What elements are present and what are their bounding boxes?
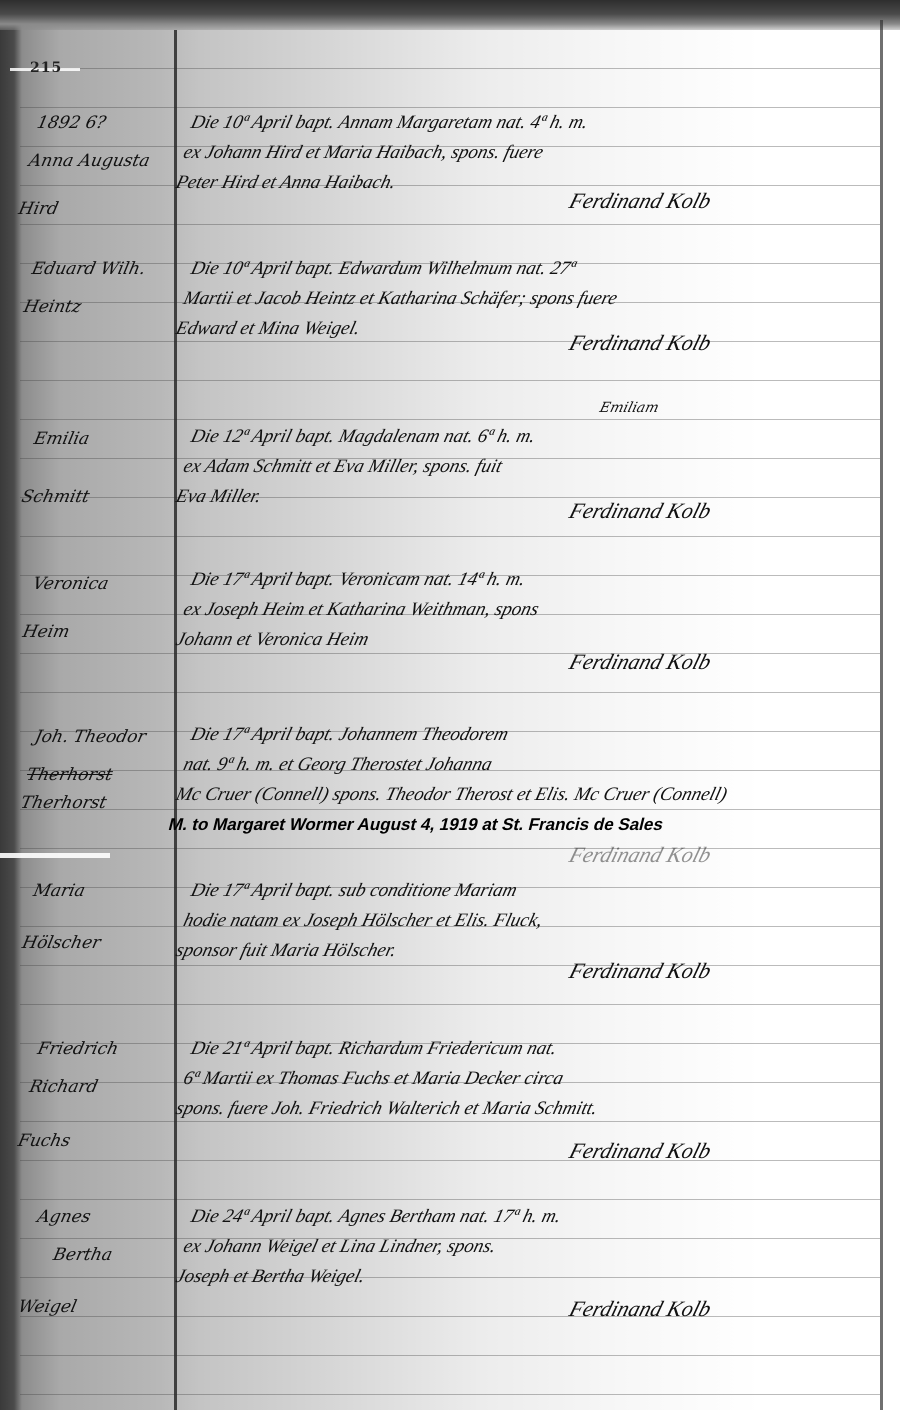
margin-middle-name: Bertha (25, 1236, 181, 1274)
entry-line: Die 17ª April bapt. Johannem Theodorem (188, 720, 865, 750)
entry-line: Edward et Mina Weigel. (173, 314, 850, 344)
entry-text: Die 17ª April bapt. Veronicam nat. 14ª h… (173, 565, 865, 655)
entry-line: Peter Hird et Anna Haibach. (173, 168, 850, 198)
insertion-annotation: Emiliam (598, 400, 661, 416)
margin-names: Friedrich Richard Fuchs (14, 1030, 190, 1160)
officiant-signature: Ferdinand Kolb (566, 1296, 714, 1322)
right-border-rule (880, 20, 883, 1410)
margin-given-name: Emilia (30, 420, 186, 458)
entry-line: Die 21ª April bapt. Richardum Friedericu… (188, 1034, 865, 1064)
entry-text: Die 10ª April bapt. Edwardum Wilhelmum n… (173, 254, 865, 344)
margin-surname: Schmitt (18, 478, 174, 516)
entry-text: Die 17ª April bapt. sub conditione Maria… (173, 876, 865, 966)
entry-line: Die 10ª April bapt. Edwardum Wilhelmum n… (188, 254, 865, 284)
entry-line: 6ª Martii ex Thomas Fuchs et Maria Decke… (180, 1064, 857, 1094)
margin-given-name: Eduard Wilh. (28, 250, 184, 288)
later-marriage-note: M. to Margaret Wormer August 4, 1919 at … (165, 810, 842, 840)
scan-artifact (0, 853, 110, 858)
officiant-signature: Ferdinand Kolb (566, 330, 714, 356)
entry-line: Die 17ª April bapt. sub conditione Maria… (188, 876, 865, 906)
margin-names: Agnes Bertha Weigel (14, 1198, 189, 1326)
margin-year-line: 1892 6? (33, 104, 189, 142)
entry-line: hodie natam ex Joseph Hölscher et Elis. … (180, 906, 857, 936)
entry-text: Die 12ª April bapt. Magdalenam nat. 6ª h… (173, 422, 865, 512)
page-number: 215 (30, 60, 62, 76)
entry-line: Die 12ª April bapt. Magdalenam nat. 6ª h… (188, 422, 865, 452)
margin-names: Maria Hölscher (18, 872, 185, 962)
officiant-signature: Ferdinand Kolb (566, 188, 714, 214)
entry-line: Joseph et Bertha Weigel. (173, 1262, 850, 1292)
margin-surname: Therhorst (17, 784, 173, 822)
margin-names: Joh. Theodor Therhorst Therhorst (17, 718, 187, 822)
scan-edge-shadow (0, 0, 900, 30)
entry-text: Die 24ª April bapt. Agnes Bertham nat. 1… (173, 1202, 865, 1292)
margin-surname: Weigel (14, 1288, 170, 1326)
margin-middle-name: Richard (26, 1068, 182, 1106)
entry-line: ex Joseph Heim et Katharina Weithman, sp… (180, 595, 857, 625)
margin-surname: Fuchs (14, 1122, 170, 1160)
entry-line: spons. fuere Joh. Friedrich Walterich et… (173, 1094, 850, 1124)
margin-names: Eduard Wilh. Heintz (20, 250, 184, 326)
officiant-signature: Ferdinand Kolb (566, 1138, 714, 1164)
margin-names: Veronica Heim (19, 565, 185, 651)
entry-line: Die 24ª April bapt. Agnes Bertham nat. 1… (188, 1202, 865, 1232)
margin-given-name: Agnes (34, 1198, 190, 1236)
margin-given-name: Joh. Theodor (31, 718, 187, 756)
margin-names: 1892 6? Anna Augusta Hird (15, 104, 189, 228)
margin-given-name: Anna Augusta (25, 142, 181, 180)
margin-surname: Heintz (20, 288, 176, 326)
entry-line: sponsor fuit Maria Hölscher. (173, 936, 850, 966)
officiant-signature: Ferdinand Kolb (566, 958, 714, 984)
entry-line: Johann et Veronica Heim (173, 625, 850, 655)
entry-line: Die 17ª April bapt. Veronicam nat. 14ª h… (188, 565, 865, 595)
entry-line: Martii et Jacob Heintz et Katharina Schä… (180, 284, 857, 314)
officiant-signature-faded: Ferdinand Kolb (566, 842, 714, 868)
entry-line: Mc Cruer (Connell) spons. Theodor Theros… (173, 780, 850, 810)
margin-given-name: Friedrich (34, 1030, 190, 1068)
margin-names: Emilia Schmitt (18, 420, 186, 516)
entry-line: ex Johann Hird et Maria Haibach, spons. … (180, 138, 857, 168)
entry-line: nat. 9ª h. m. et Georg Therostet Johanna (180, 750, 857, 780)
entry-line: Eva Miller. (173, 482, 850, 512)
officiant-signature: Ferdinand Kolb (566, 498, 714, 524)
entry-text: Die 10ª April bapt. Annam Margaretam nat… (173, 108, 865, 198)
register-page: 215 1892 6? Anna Augusta Hird Die 10ª Ap… (0, 0, 900, 1410)
margin-surname: Heim (19, 613, 175, 651)
officiant-signature: Ferdinand Kolb (566, 649, 714, 675)
entry-line: ex Adam Schmitt et Eva Miller, spons. fu… (180, 452, 857, 482)
entry-line: Die 10ª April bapt. Annam Margaretam nat… (188, 108, 865, 138)
margin-given-name: Veronica (29, 565, 185, 603)
margin-surname: Hölscher (18, 924, 174, 962)
entry-text: Die 17ª April bapt. Johannem Theodorem n… (165, 720, 865, 840)
entry-text: Die 21ª April bapt. Richardum Friedericu… (173, 1034, 865, 1124)
entry-line: ex Johann Weigel et Lina Lindner, spons. (180, 1232, 857, 1262)
margin-surname: Hird (15, 190, 171, 228)
margin-given-name: Maria (29, 872, 185, 910)
